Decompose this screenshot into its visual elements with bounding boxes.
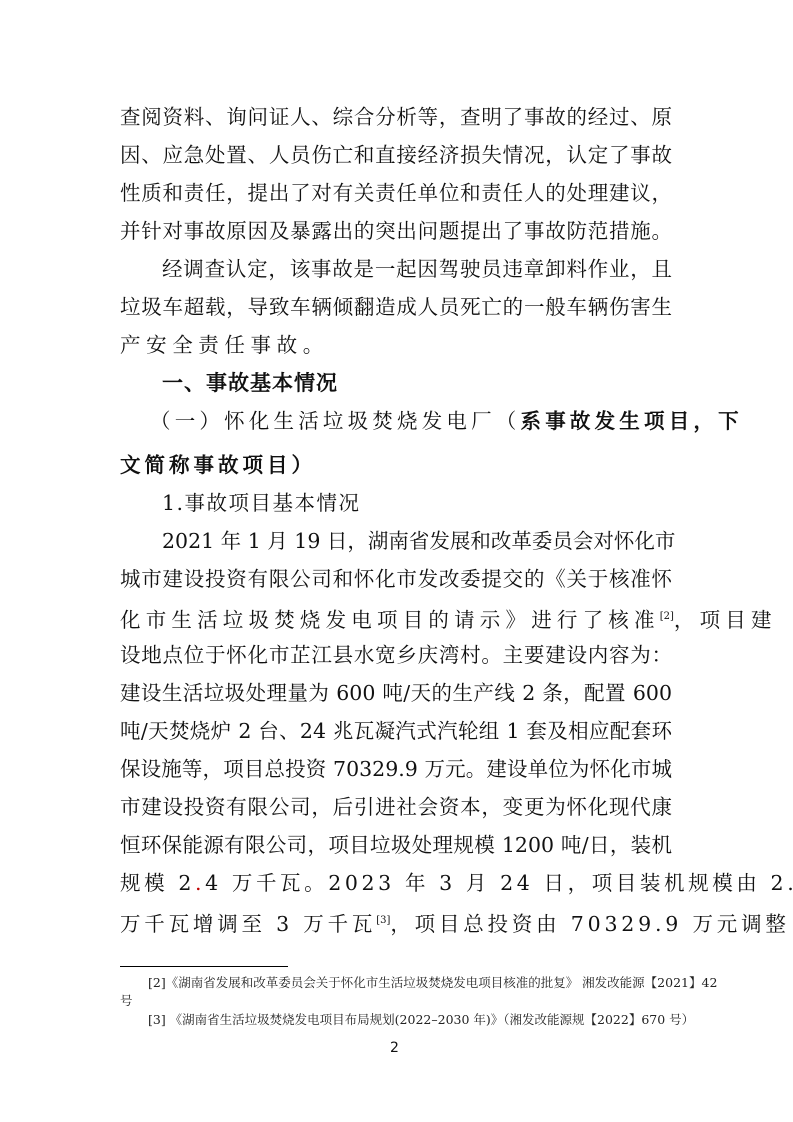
page-number: 2 [390, 1040, 399, 1056]
section-heading: 一、事故基本情况 [162, 364, 672, 402]
paragraph-line: 设地点位于怀化市芷江县水宽乡庆湾村。主要建设内容为： [120, 636, 672, 674]
paragraph-line: 吨/天焚烧炉 2 台、24 兆瓦凝汽式汽轮组 1 套及相应配套环 [120, 712, 672, 750]
paragraph-line: 万千瓦增调至 3 万千瓦[3]，项目总投资由 70329.9 万元调整 [120, 902, 672, 943]
footnote-ref-3[interactable]: [3] [376, 915, 390, 926]
document-page: 查阅资料、询问证人、综合分析等，查明了事故的经过、原 因、应急处置、人员伤亡和直… [0, 0, 793, 1122]
paragraph-line: 城市建设投资有限公司和怀化市发改委提交的《关于核准怀 [120, 560, 672, 598]
footnote-separator [120, 966, 288, 967]
paragraph-line: 垃圾车超载，导致车辆倾翻造成人员死亡的一般车辆伤害生 [120, 288, 672, 326]
paragraph-line: 并针对事故原因及暴露出的突出问题提出了事故防范措施。 [120, 212, 672, 250]
footnote-3: [3] 《湖南省生活垃圾焚烧发电项目布局规划(2022–2030 年)》（湘发改… [148, 1011, 694, 1029]
subsection-title: （一）怀化生活垃圾焚烧发电厂（ [150, 409, 521, 433]
paragraph-line: 恒环保能源有限公司，项目垃圾处理规模 1200 吨/日，装机 [120, 826, 672, 864]
paragraph-line: 建设生活垃圾处理量为 600 吨/天的生产线 2 条，配置 600 [120, 674, 672, 712]
subsection-note: 系事故发生项目，下 [521, 409, 743, 433]
paragraph-line: 市建设投资有限公司，后引进社会资本，变更为怀化现代康 [120, 788, 672, 826]
subsection-heading: （一）怀化生活垃圾焚烧发电厂（系事故发生项目，下 [150, 402, 672, 440]
paragraph-line: 保设施等，项目总投资 70329.9 万元。建设单位为怀化市城 [120, 750, 672, 788]
subsection-note-cont: 文简称事故项目） [120, 446, 672, 484]
paragraph-line: 2021 年 1 月 19 日，湖南省发展和改革委员会对怀化市 [162, 522, 672, 560]
paragraph-line: 产安全责任事故。 [120, 326, 672, 364]
numbered-heading: 1.事故项目基本情况 [162, 484, 672, 522]
paragraph-line: 因、应急处置、人员伤亡和直接经济损失情况，认定了事故 [120, 136, 672, 174]
paragraph-line: 化市生活垃圾焚烧发电项目的请示》进行了核准[2]，项目建 [120, 598, 672, 639]
paragraph-line: 性质和责任，提出了对有关责任单位和责任人的处理建议， [120, 174, 672, 212]
paragraph-line: 经调查认定，该事故是一起因驾驶员违章卸料作业，且 [162, 250, 672, 288]
paragraph-line: 规模 2.4 万千瓦。2023 年 3 月 24 日，项目装机规模由 2.4 [120, 864, 672, 902]
footnote-2: [2]《湖南省发展和改革委员会关于怀化市生活垃圾焚烧发电项目核准的批复》 湘发改… [148, 974, 717, 992]
paragraph-line: 查阅资料、询问证人、综合分析等，查明了事故的经过、原 [120, 98, 672, 136]
highlighted-decimal: . [195, 871, 205, 895]
footnote-ref-2[interactable]: [2] [660, 611, 674, 622]
footnote-2-cont: 号 [120, 992, 133, 1010]
